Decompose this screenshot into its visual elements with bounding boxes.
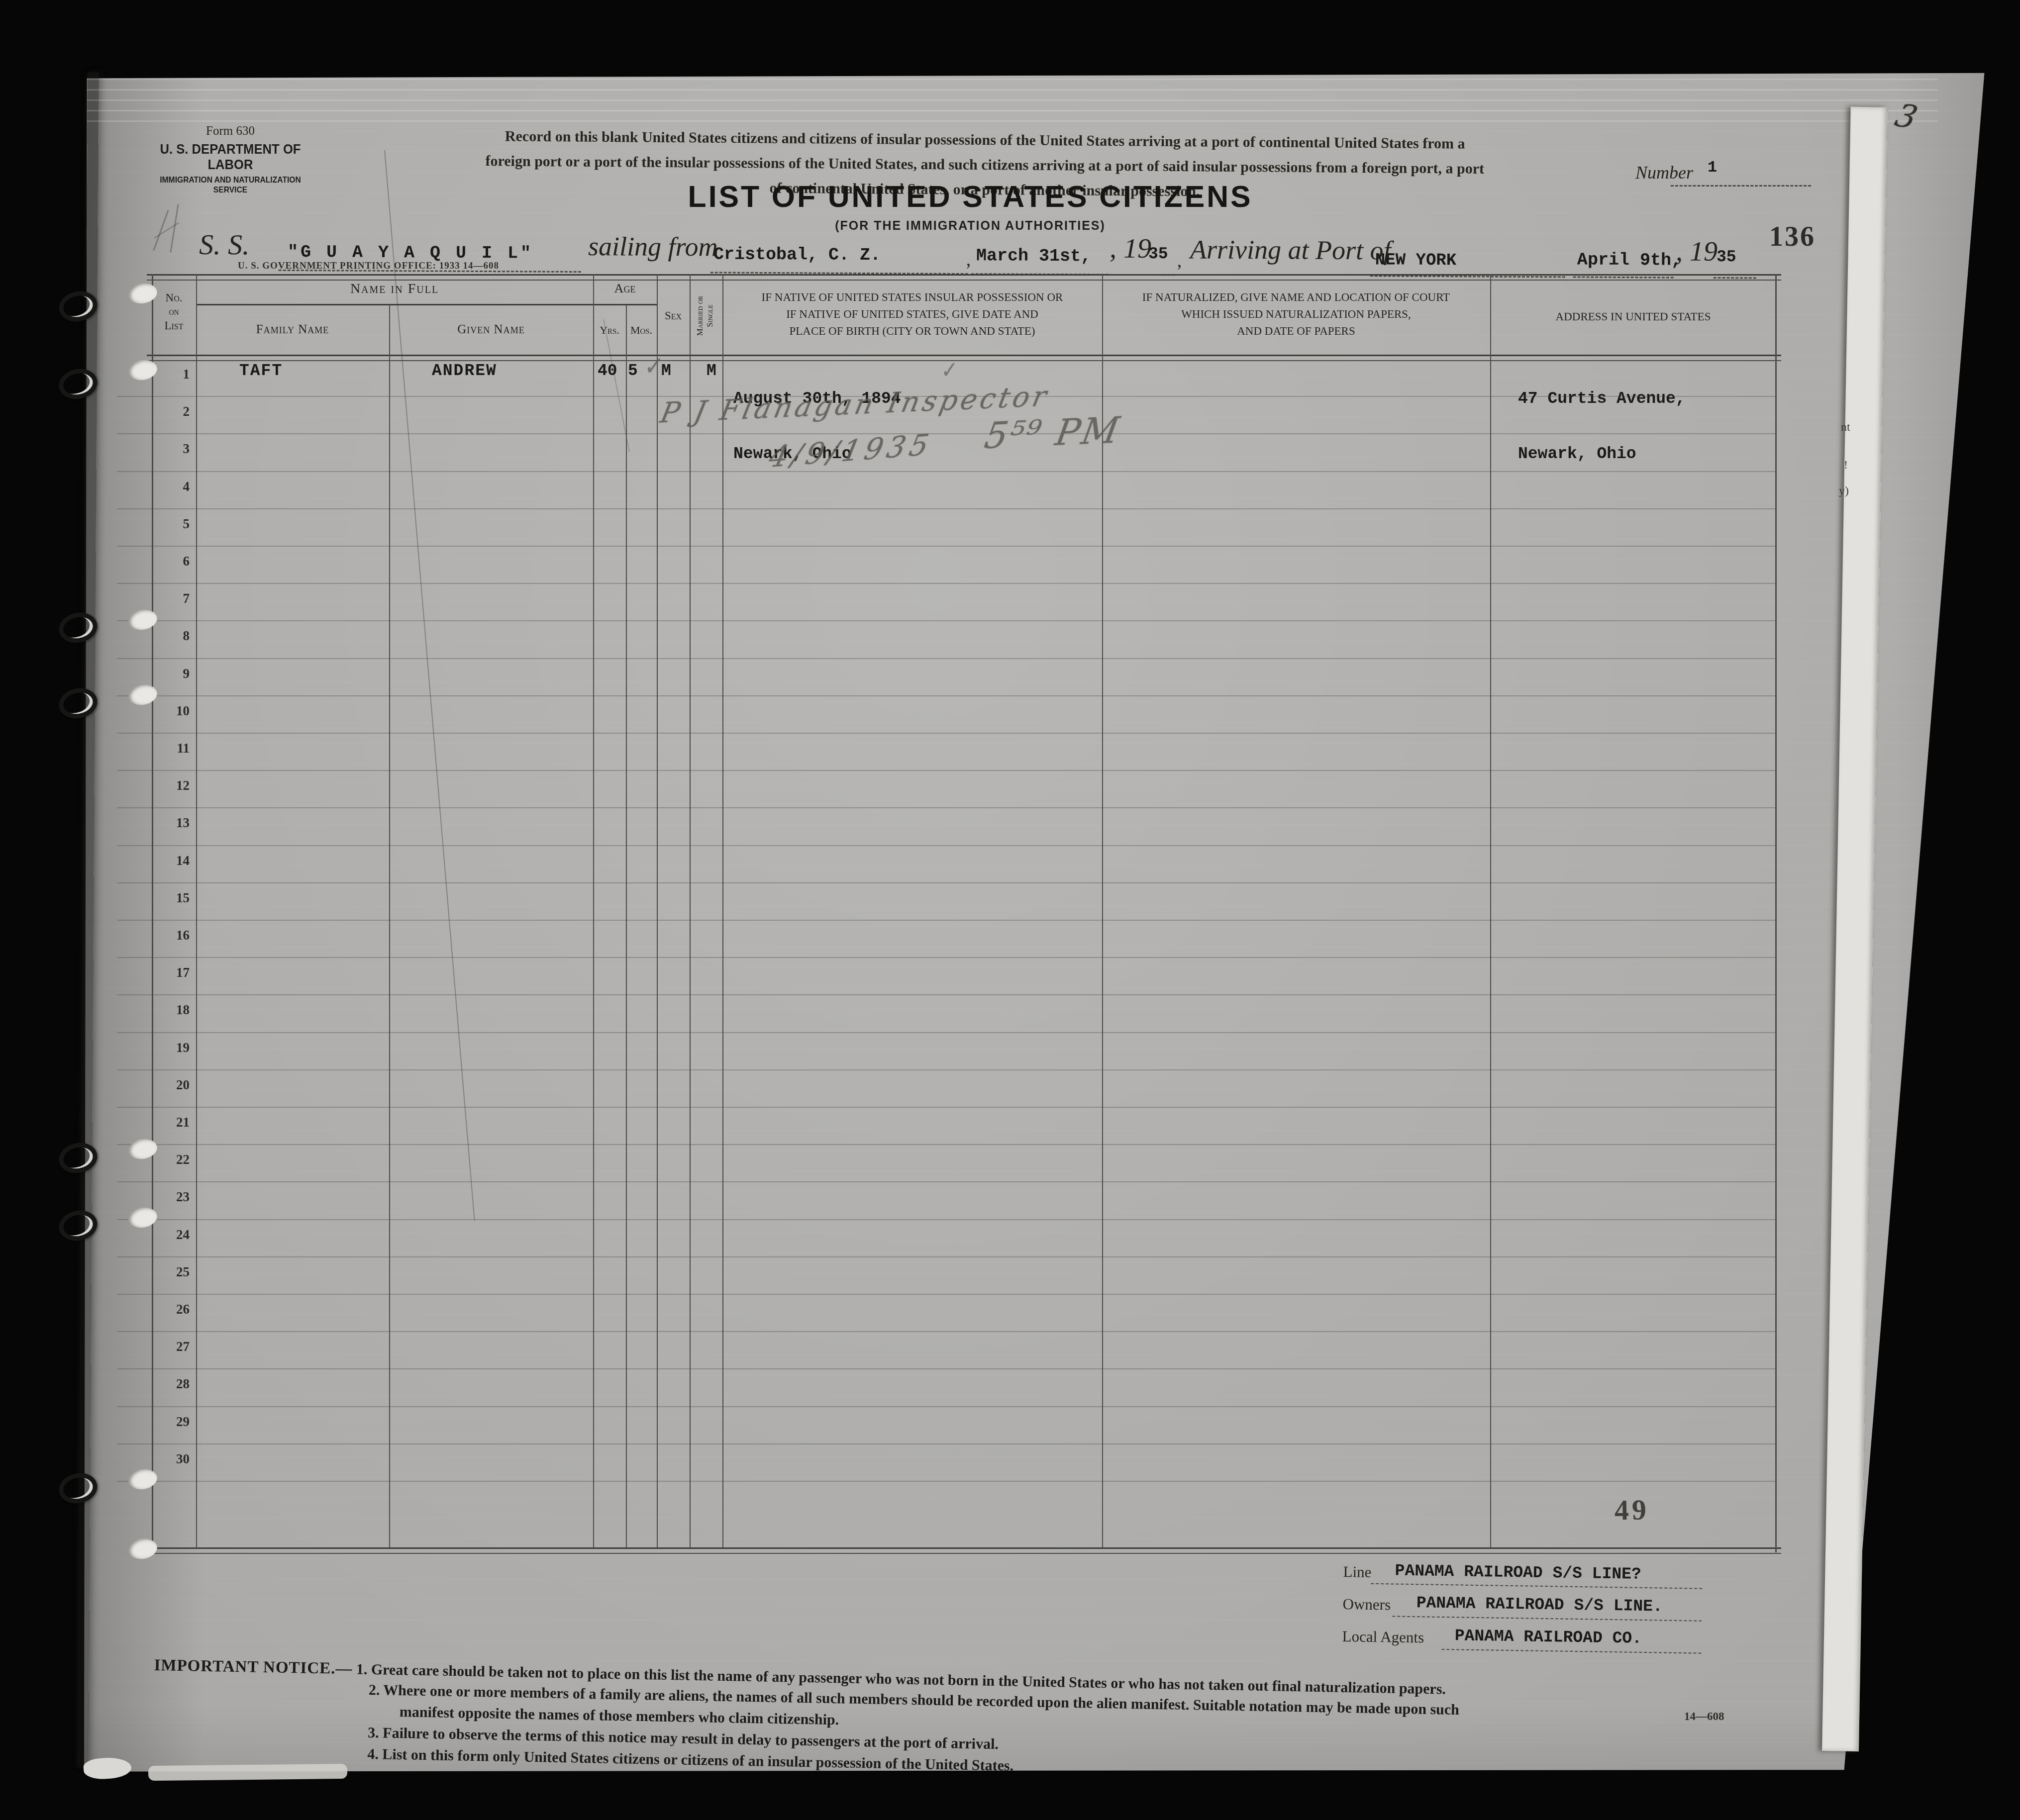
row-line xyxy=(117,1294,1776,1295)
row-line xyxy=(117,733,1776,734)
row-number: 23 xyxy=(156,1189,190,1205)
row-number: 9 xyxy=(156,666,190,681)
row-line xyxy=(117,1181,1776,1182)
cell-given-name: ANDREW xyxy=(432,362,497,380)
row-number: 24 xyxy=(156,1227,190,1243)
local-agents-label: Local Agents xyxy=(1342,1628,1424,1646)
row-number: 21 xyxy=(156,1115,190,1130)
row-line xyxy=(117,508,1776,509)
printed-comma: , xyxy=(966,249,971,271)
row-line xyxy=(117,1032,1776,1033)
arrival-year: 35 xyxy=(1717,248,1736,266)
sailing-from-label: sailing from xyxy=(588,231,718,262)
col-header-address: ADDRESS IN UNITED STATES xyxy=(1490,311,1776,322)
col-header-no: List xyxy=(152,320,196,331)
table-border-left xyxy=(152,274,153,1552)
row-line xyxy=(117,1069,1776,1070)
row-number: 16 xyxy=(156,928,190,943)
row-line xyxy=(117,433,1776,434)
row-number: 2 xyxy=(156,404,190,419)
local-agents-value: PANAMA RAILROAD CO. xyxy=(1455,1627,1642,1648)
printing-office-code: U. S. GOVERNMENT PRINTING OFFICE: 1933 1… xyxy=(238,261,499,272)
row-number: 25 xyxy=(156,1264,190,1280)
row-number: 11 xyxy=(156,741,190,756)
row-line xyxy=(117,770,1776,771)
row-number: 10 xyxy=(156,703,190,719)
cell-birth: August 30th, 1894 Newark, Ohio xyxy=(733,353,901,500)
row-number: 8 xyxy=(156,628,190,644)
row-number: 1 xyxy=(156,367,190,382)
cell-married: M xyxy=(707,362,716,380)
row-number: 14 xyxy=(156,853,190,868)
column-divider xyxy=(657,274,658,1547)
table-border-bottom xyxy=(147,1547,1781,1554)
printed-comma: , xyxy=(1177,250,1182,272)
col-header-naturalization: IF NATURALIZED, GIVE NAME AND LOCATION O… xyxy=(1107,289,1485,340)
notice-item-num: 2. xyxy=(369,1682,380,1698)
row-line xyxy=(117,1481,1776,1482)
col-header-age: Age xyxy=(593,282,657,295)
row-line xyxy=(117,695,1776,696)
scanned-document-photo: { "page": { "corner_note": "3", "stamp_n… xyxy=(0,0,2020,1820)
departure-port: Cristobal, C. Z. xyxy=(713,244,881,265)
notice-item-num: 1. xyxy=(356,1661,368,1677)
row-number: 27 xyxy=(156,1339,190,1354)
col-header-name-in-full: Name in Full xyxy=(196,282,593,296)
col-header-birth: IF NATIVE OF UNITED STATES INSULAR POSSE… xyxy=(727,289,1097,340)
column-divider xyxy=(1102,274,1103,1547)
row-line xyxy=(117,1144,1776,1145)
row-line xyxy=(117,620,1776,621)
sheet-stamp: 49 xyxy=(1614,1493,1649,1527)
row-line xyxy=(117,1331,1776,1332)
cell-family-name: TAFT xyxy=(239,362,283,380)
print-code-bottom: 14—608 xyxy=(1684,1710,1724,1723)
printed-year-19: , 19 xyxy=(1676,236,1717,268)
row-number: 13 xyxy=(156,815,190,831)
edge-text-fragment: ! xyxy=(1844,459,1848,472)
col-header-no: on xyxy=(152,307,196,317)
row-line xyxy=(117,471,1776,472)
row-line xyxy=(117,882,1776,883)
departure-date: March 31st, xyxy=(976,246,1091,266)
edge-text-fragment: nt xyxy=(1841,421,1850,434)
column-divider xyxy=(1490,274,1491,1547)
row-line xyxy=(117,1368,1776,1369)
arriving-label: Arriving at Port of xyxy=(1190,234,1391,266)
row-number: 19 xyxy=(156,1040,190,1055)
passenger-table: No. on List Name in Full Family Name Giv… xyxy=(152,274,1776,1552)
notice-item-num: 3. xyxy=(368,1724,379,1741)
col-header-family-name: Family Name xyxy=(196,323,389,336)
owners-value: PANAMA RAILROAD S/S LINE. xyxy=(1416,1594,1663,1616)
row-number: 17 xyxy=(156,965,190,980)
row-number: 28 xyxy=(156,1376,190,1392)
row-line xyxy=(117,1219,1776,1220)
column-divider xyxy=(593,274,594,1547)
row-number: 15 xyxy=(156,890,190,906)
pencil-checkmark: ✓ xyxy=(641,352,664,381)
col-header-yrs: Yrs. xyxy=(593,325,626,336)
notice-label: IMPORTANT NOTICE.— xyxy=(154,1656,352,1678)
table-border-right xyxy=(1775,274,1777,1552)
cell-address: 47 Curtis Avenue, Newark, Ohio xyxy=(1518,353,1686,500)
row-line xyxy=(117,994,1776,995)
edge-text-fragment: y) xyxy=(1839,484,1849,498)
column-divider xyxy=(690,274,691,1547)
row-number: 3 xyxy=(156,441,190,457)
torn-paper-bit xyxy=(148,1764,347,1781)
row-line xyxy=(117,845,1776,846)
row-number: 30 xyxy=(156,1451,190,1467)
row-number: 4 xyxy=(156,479,190,494)
arrival-date: April 9th, xyxy=(1577,250,1682,271)
row-number: 12 xyxy=(156,778,190,793)
row-number: 6 xyxy=(156,554,190,569)
row-number: 20 xyxy=(156,1077,190,1093)
owners-label: Owners xyxy=(1342,1595,1391,1614)
col-header-sex: Sex xyxy=(657,310,690,321)
cell-age-yrs: 40 xyxy=(598,362,617,380)
row-line xyxy=(117,1406,1776,1407)
row-line xyxy=(117,920,1776,921)
row-line xyxy=(117,1107,1776,1108)
column-divider xyxy=(389,305,390,1547)
cell-age-mos: 5 xyxy=(628,362,638,380)
row-number: 29 xyxy=(156,1414,190,1430)
row-number: 7 xyxy=(156,591,190,606)
row-line xyxy=(117,546,1776,547)
column-divider xyxy=(722,274,723,1547)
col-header-mos: Mos. xyxy=(626,325,657,336)
printed-year-19: , 19 xyxy=(1110,233,1151,265)
col-header-no: No. xyxy=(152,292,196,303)
row-number: 5 xyxy=(156,516,190,532)
row-line xyxy=(117,957,1776,958)
column-divider xyxy=(196,274,197,1547)
row-number: 26 xyxy=(156,1302,190,1317)
ss-label: S. S. xyxy=(199,228,250,262)
row-number: 22 xyxy=(156,1152,190,1167)
row-line xyxy=(117,807,1776,808)
row-line xyxy=(117,583,1776,584)
inspector-time: 5⁵⁹ PM xyxy=(982,409,1124,457)
column-divider xyxy=(626,305,627,1547)
row-line xyxy=(117,1256,1776,1257)
departure-year: 35 xyxy=(1148,245,1168,263)
row-line xyxy=(117,658,1776,659)
line-label: Line xyxy=(1343,1563,1371,1581)
row-number: 18 xyxy=(156,1002,190,1018)
arrival-port: NEW YORK xyxy=(1375,251,1456,270)
col-header-married-single: Married or Single xyxy=(695,279,717,353)
table-border-top xyxy=(147,274,1781,281)
notice-item-num: 4. xyxy=(367,1746,379,1762)
col-header-given-name: Given Name xyxy=(389,323,593,336)
header-divider xyxy=(196,304,657,305)
line-value: PANAMA RAILROAD S/S LINE? xyxy=(1395,1562,1641,1584)
row-line xyxy=(117,1443,1776,1444)
